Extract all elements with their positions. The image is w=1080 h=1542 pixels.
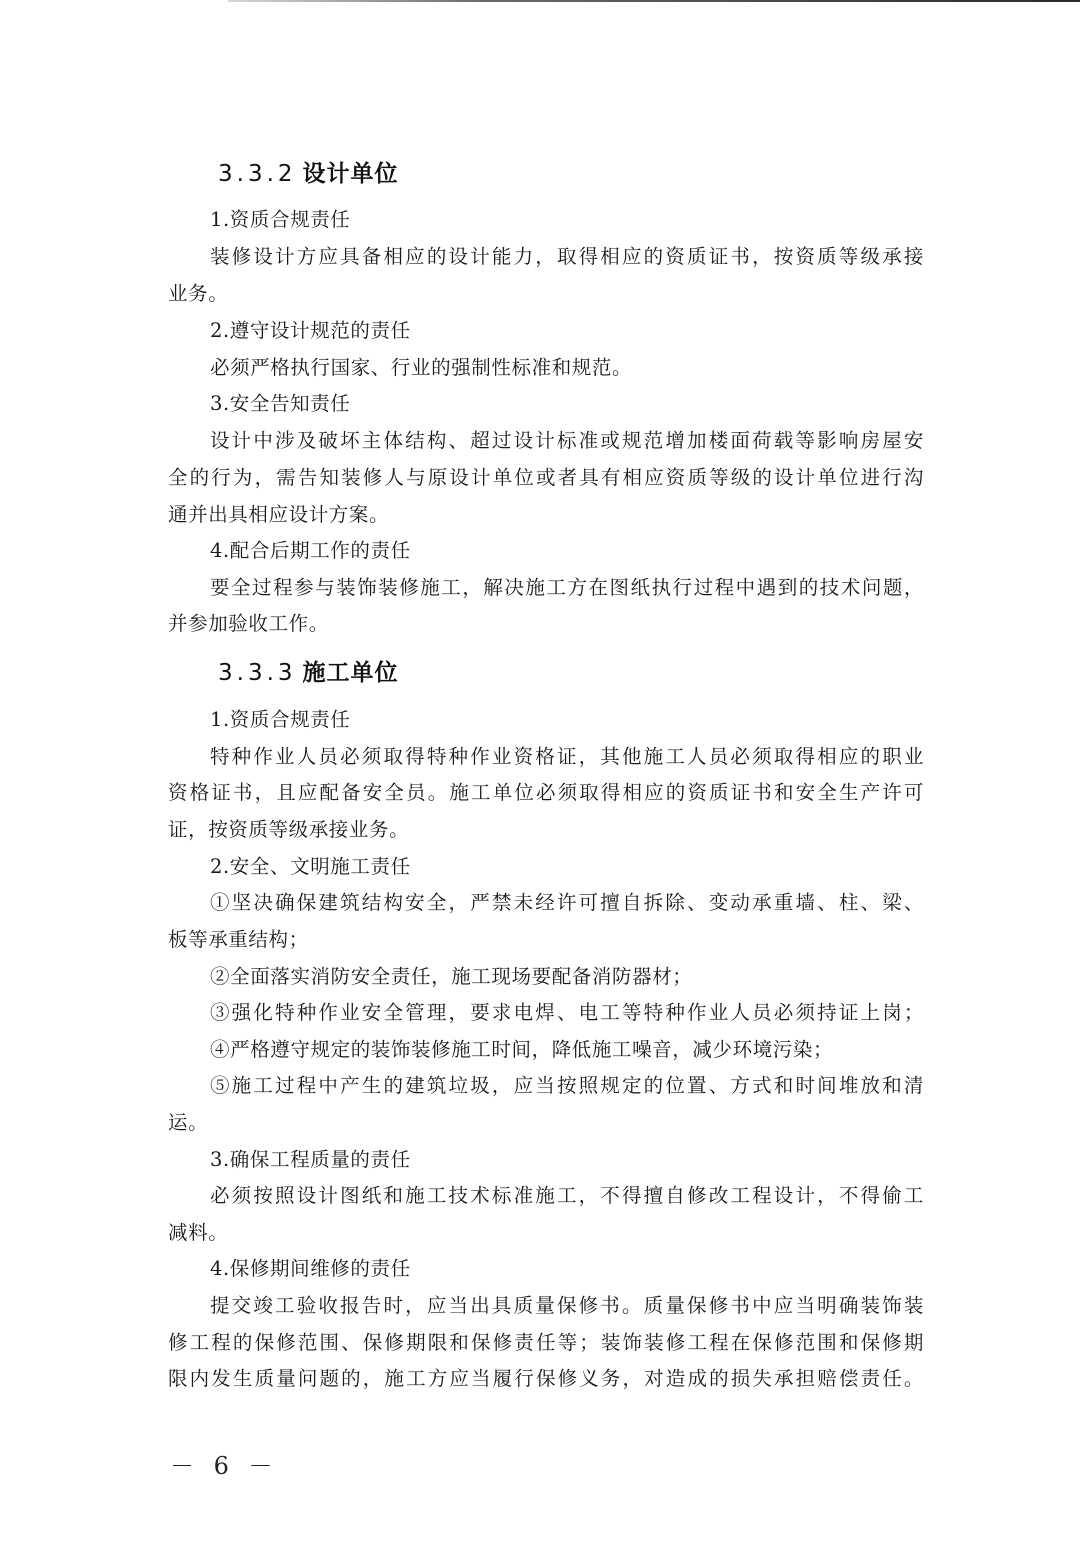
list-item-line: ②全面落实消防安全责任，施工现场要配备消防器材； — [210, 959, 924, 995]
paragraph-line: 业务。 — [168, 276, 924, 312]
paragraph-line: 修工程的保修范围、保修期限和保修责任等；装饰装修工程在保修范围和保修期 — [168, 1325, 924, 1361]
paragraph-line: 要全过程参与装饰装修施工，解决施工方在图纸执行过程中遇到的技术问题， — [210, 570, 924, 606]
paragraph-line: 资格证书，且应配备安全员。施工单位必须取得相应的资质证书和安全生产许可 — [168, 775, 924, 811]
section-number: 3.3.3 — [218, 660, 297, 686]
item-heading: 4.保修期间维修的责任 — [210, 1251, 924, 1287]
list-item-line: ①坚决确保建筑结构安全，严禁未经许可擅自拆除、变动承重墙、柱、梁、 — [210, 885, 924, 921]
paragraph-line: 必须按照设计图纸和施工技术标准施工，不得擅自修改工程设计，不得偷工 — [210, 1178, 924, 1214]
paragraph-line: 提交竣工验收报告时，应当出具质量保修书。质量保修书中应当明确装饰装 — [210, 1288, 924, 1324]
item-heading: 1.资质合规责任 — [210, 202, 924, 238]
section-heading-design-unit: 3.3.2设计单位 — [218, 155, 399, 188]
section-title-text: 施工单位 — [303, 660, 399, 686]
paragraph-line: 特种作业人员必须取得特种作业资格证，其他施工人员必须取得相应的职业 — [210, 739, 924, 775]
item-heading: 3.安全告知责任 — [210, 386, 924, 422]
item-heading: 1.资质合规责任 — [210, 702, 924, 738]
list-item-line: 板等承重结构； — [168, 922, 924, 958]
list-item-line: ④严格遵守规定的装饰装修施工时间，降低施工噪音，减少环境污染； — [210, 1032, 924, 1068]
item-heading: 4.配合后期工作的责任 — [210, 533, 924, 569]
paragraph-line: 限内发生质量问题的，施工方应当履行保修义务，对造成的损失承担赔偿责任。 — [168, 1361, 924, 1397]
section-number: 3.3.2 — [218, 161, 297, 187]
page-number: － 6 － — [170, 1446, 279, 1481]
list-item-line: ③强化特种作业安全管理，要求电焊、电工等特种作业人员必须持证上岗； — [210, 995, 924, 1031]
paragraph-line: 减料。 — [168, 1215, 924, 1251]
paragraph-line: 全的行为，需告知装修人与原设计单位或者具有相应资质等级的设计单位进行沟 — [168, 460, 924, 496]
item-heading: 2.安全、文明施工责任 — [210, 849, 924, 885]
paragraph-line: 必须严格执行国家、行业的强制性标准和规范。 — [210, 350, 924, 386]
paragraph-line: 证，按资质等级承接业务。 — [168, 812, 924, 848]
paragraph-line: 并参加验收工作。 — [168, 606, 924, 642]
item-heading: 3.确保工程质量的责任 — [210, 1142, 924, 1178]
section-title-text: 设计单位 — [303, 161, 399, 187]
section-heading-construction-unit: 3.3.3施工单位 — [218, 654, 399, 687]
list-item-line: 运。 — [168, 1105, 924, 1141]
paragraph-line: 装修设计方应具备相应的设计能力，取得相应的资质证书，按资质等级承接 — [210, 239, 924, 275]
paragraph-line: 设计中涉及破坏主体结构、超过设计标准或规范增加楼面荷载等影响房屋安 — [210, 423, 924, 459]
paragraph-line: 通并出具相应设计方案。 — [168, 497, 924, 533]
scan-top-edge — [228, 0, 1080, 2]
list-item-line: ⑤施工过程中产生的建筑垃圾，应当按照规定的位置、方式和时间堆放和清 — [210, 1068, 924, 1104]
item-heading: 2.遵守设计规范的责任 — [210, 313, 924, 349]
